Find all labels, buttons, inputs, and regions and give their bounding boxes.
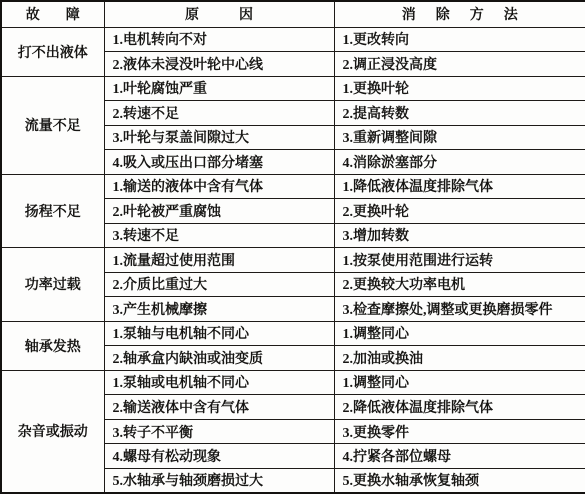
- method-cell: 2.提高转数: [334, 101, 585, 126]
- cause-cell: 1.输送的液体中含有气体: [104, 174, 334, 199]
- table-row: 杂音或振动1.泵轴或电机轴不同心1.调整同心: [1, 370, 585, 395]
- method-cell: 2.降低液体温度排除气体: [334, 395, 585, 420]
- cause-cell: 3.转子不平衡: [104, 419, 334, 444]
- method-cell: 4.拧紧各部位螺母: [334, 444, 585, 469]
- header-method: 消除方法: [334, 1, 585, 27]
- table-row: 扬程不足1.输送的液体中含有气体1.降低液体温度排除气体: [1, 174, 585, 199]
- cause-cell: 2.叶轮被严重腐蚀: [104, 199, 334, 224]
- method-cell: 3.检查摩擦处,调整或更换磨损零件: [334, 297, 585, 322]
- header-method-label: 消除方法: [402, 4, 538, 24]
- fault-cell: 扬程不足: [1, 174, 104, 248]
- fault-cell: 轴承发热: [1, 321, 104, 370]
- fault-cell: 流量不足: [1, 76, 104, 174]
- header-cause: 原因: [104, 1, 334, 27]
- method-cell: 4.消除淤塞部分: [334, 150, 585, 175]
- method-cell: 3.更换零件: [334, 419, 585, 444]
- method-cell: 2.加油或换油: [334, 346, 585, 371]
- method-cell: 1.调整同心: [334, 321, 585, 346]
- header-fault: 故障: [1, 1, 104, 27]
- method-cell: 2.更换叶轮: [334, 199, 585, 224]
- method-cell: 3.重新调整间隙: [334, 125, 585, 150]
- cause-cell: 1.泵轴或电机轴不同心: [104, 370, 334, 395]
- table-body: 打不出液体1.电机转向不对1.更改转向2.液体未浸没叶轮中心线2.调正浸没高度流…: [1, 27, 585, 493]
- method-cell: 1.按泵使用范围进行运转: [334, 248, 585, 273]
- cause-cell: 3.转速不足: [104, 223, 334, 248]
- table-row: 打不出液体1.电机转向不对1.更改转向: [1, 27, 585, 52]
- header-row: 故障 原因 消除方法: [1, 1, 585, 27]
- cause-cell: 2.轴承盒内缺油或油变质: [104, 346, 334, 371]
- cause-cell: 4.螺母有松动现象: [104, 444, 334, 469]
- table-header: 故障 原因 消除方法: [1, 1, 585, 27]
- table-row: 功率过载1.流量超过使用范围1.按泵使用范围进行运转: [1, 248, 585, 273]
- scanned-document-page: 故障 原因 消除方法 打不出液体1.电机转向不对1.更改转向2.液体未浸没叶轮中…: [0, 0, 585, 494]
- cause-cell: 1.电机转向不对: [104, 27, 334, 52]
- method-cell: 1.调整同心: [334, 370, 585, 395]
- cause-cell: 2.输送液体中含有气体: [104, 395, 334, 420]
- cause-cell: 2.液体未浸没叶轮中心线: [104, 52, 334, 77]
- fault-cell: 杂音或振动: [1, 370, 104, 493]
- method-cell: 5.更换水轴承恢复轴颈: [334, 468, 585, 493]
- table-row: 流量不足1.叶轮腐蚀严重1.更换叶轮: [1, 76, 585, 101]
- cause-cell: 1.流量超过使用范围: [104, 248, 334, 273]
- fault-cell: 打不出液体: [1, 27, 104, 76]
- method-cell: 1.更改转向: [334, 27, 585, 52]
- cause-cell: 2.介质比重过大: [104, 272, 334, 297]
- cause-cell: 4.吸入或压出口部分堵塞: [104, 150, 334, 175]
- cause-cell: 1.泵轴与电机轴不同心: [104, 321, 334, 346]
- method-cell: 1.降低液体温度排除气体: [334, 174, 585, 199]
- method-cell: 3.增加转数: [334, 223, 585, 248]
- fault-cell: 功率过载: [1, 248, 104, 322]
- cause-cell: 2.转速不足: [104, 101, 334, 126]
- method-cell: 1.更换叶轮: [334, 76, 585, 101]
- header-fault-label: 故障: [26, 4, 104, 24]
- method-cell: 2.更换较大功率电机: [334, 272, 585, 297]
- pump-troubleshooting-table: 故障 原因 消除方法 打不出液体1.电机转向不对1.更改转向2.液体未浸没叶轮中…: [0, 0, 585, 494]
- method-cell: 2.调正浸没高度: [334, 52, 585, 77]
- cause-cell: 3.叶轮与泵盖间隙过大: [104, 125, 334, 150]
- cause-cell: 1.叶轮腐蚀严重: [104, 76, 334, 101]
- header-cause-label: 原因: [185, 4, 293, 24]
- cause-cell: 5.水轴承与轴颈磨损过大: [104, 468, 334, 493]
- table-row: 轴承发热1.泵轴与电机轴不同心1.调整同心: [1, 321, 585, 346]
- cause-cell: 3.产生机械摩擦: [104, 297, 334, 322]
